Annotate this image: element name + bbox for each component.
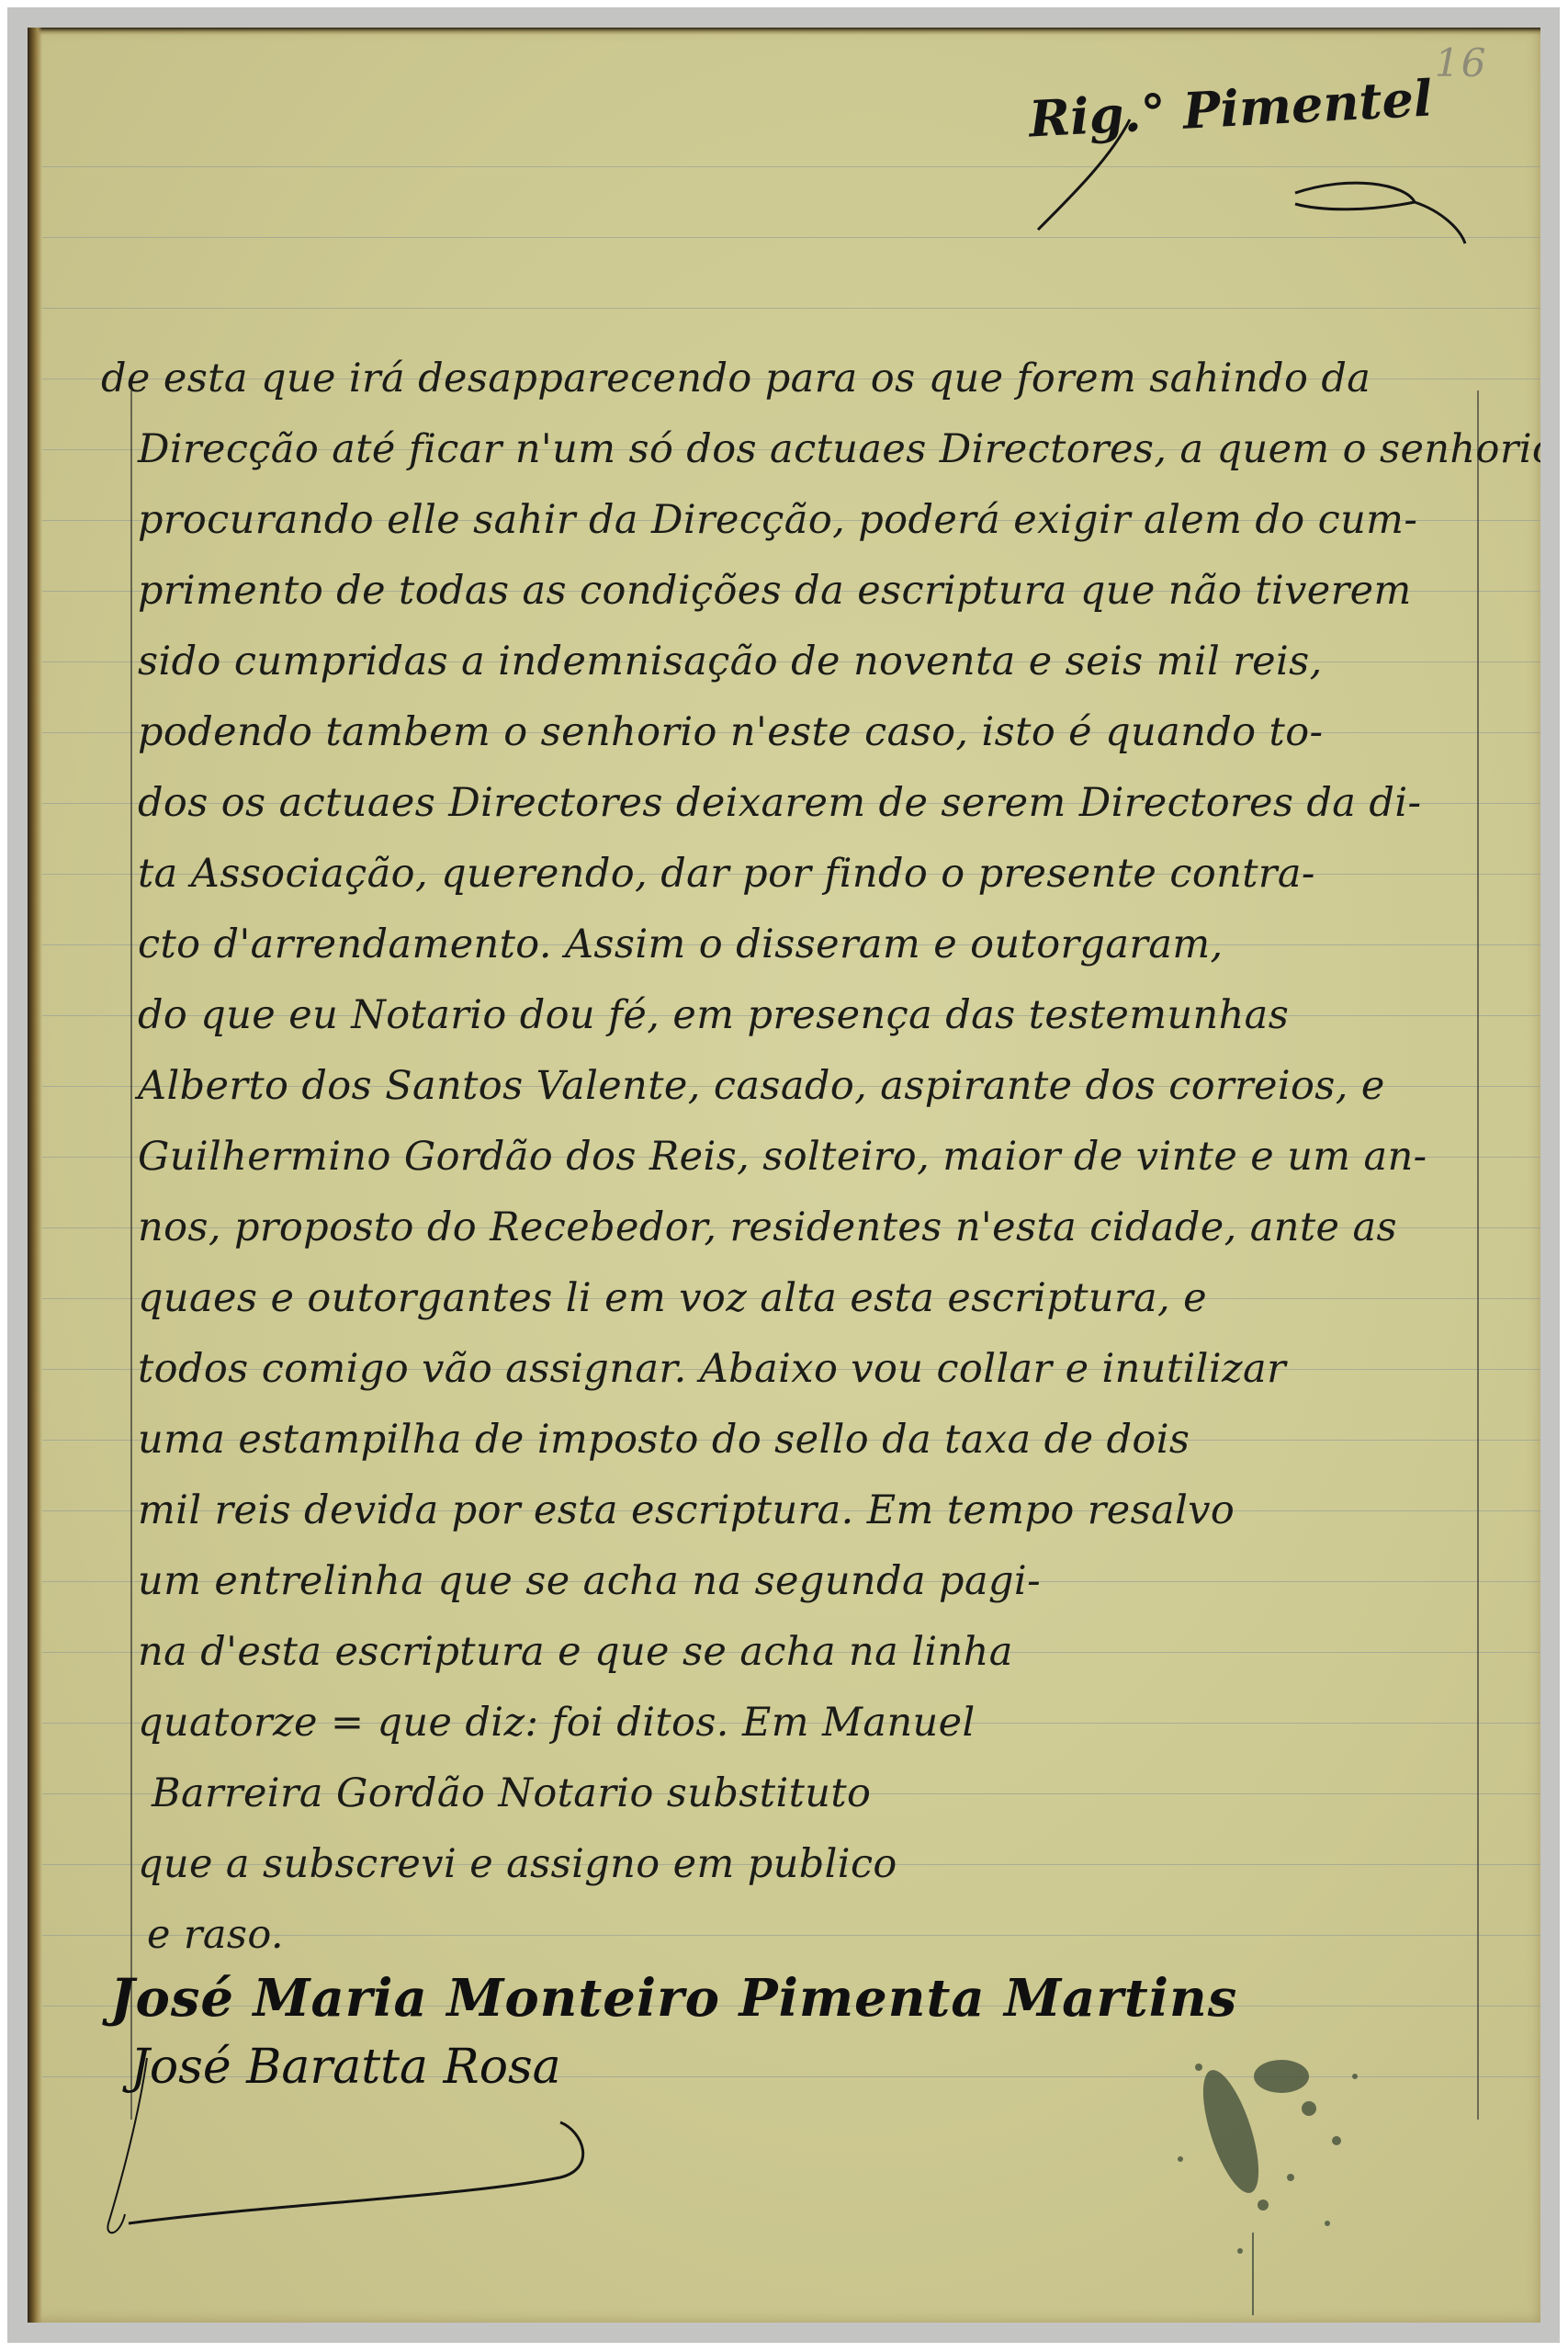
ink-blot-icon (1144, 2021, 1382, 2323)
deed-line: primento de todas as condições da escrip… (138, 563, 1412, 618)
deed-line: nos, proposto do Recebedor, residentes n… (138, 1200, 1397, 1255)
deed-line: uma estampilha de imposto do sello da ta… (138, 1412, 1190, 1467)
signature-1: José Maria Monteiro Pimenta Martins (110, 1968, 1237, 2029)
deed-line: podendo tambem o senhorio n'este caso, i… (138, 705, 1323, 760)
deed-line: que a subscrevi e assigno em publico (138, 1837, 897, 1892)
page-top-shadow (28, 28, 1540, 35)
deed-line: Alberto dos Santos Valente, casado, aspi… (138, 1058, 1385, 1114)
deed-line: na d'esta escriptura e que se acha na li… (138, 1624, 1013, 1679)
left-margin-line (130, 390, 132, 2120)
ledger-page: 16 Rig.° Pimentel de esta que irá desapp… (28, 28, 1540, 2323)
deed-line: ta Associação, querendo, dar por findo o… (138, 846, 1315, 901)
folio-number: 16 (1435, 40, 1487, 85)
deed-line: mil reis devida por esta escriptura. Em … (138, 1483, 1235, 1538)
deed-line: Barreira Gordão Notario substituto (152, 1766, 871, 1821)
deed-line: Guilhermino Gordão dos Reis, solteiro, m… (138, 1129, 1427, 1184)
deed-line: de esta que irá desapparecendo para os q… (101, 351, 1371, 406)
right-margin-line (1477, 390, 1479, 2120)
deed-line: e raso. (147, 1907, 284, 1962)
deed-line: procurando elle sahir da Direcção, poder… (138, 492, 1417, 548)
deed-line: cto d'arrendamento. Assim o disseram e o… (138, 917, 1224, 972)
signature-flourish-icon (1020, 83, 1497, 266)
deed-line: sido cumpridas a indemnisação de noventa… (138, 634, 1323, 689)
deed-line: quatorze = que diz: foi ditos. Em Manuel (138, 1695, 976, 1750)
deed-line: quaes e outorgantes li em voz alta esta … (138, 1271, 1207, 1326)
deed-line: Direcção até ficar n'um só dos actuaes D… (138, 422, 1540, 477)
deed-line: um entrelinha que se acha na segunda pag… (138, 1554, 1041, 1609)
deed-line: dos os actuaes Directores deixarem de se… (138, 775, 1421, 831)
book-spine-edge (28, 28, 42, 2323)
deed-line: do que eu Notario dou fé, em presença da… (138, 988, 1289, 1043)
ruled-line (42, 308, 1540, 309)
signature-2: José Baratta Rosa (130, 2040, 561, 2095)
deed-line: todos comigo vão assignar. Abaixo vou co… (138, 1341, 1286, 1396)
